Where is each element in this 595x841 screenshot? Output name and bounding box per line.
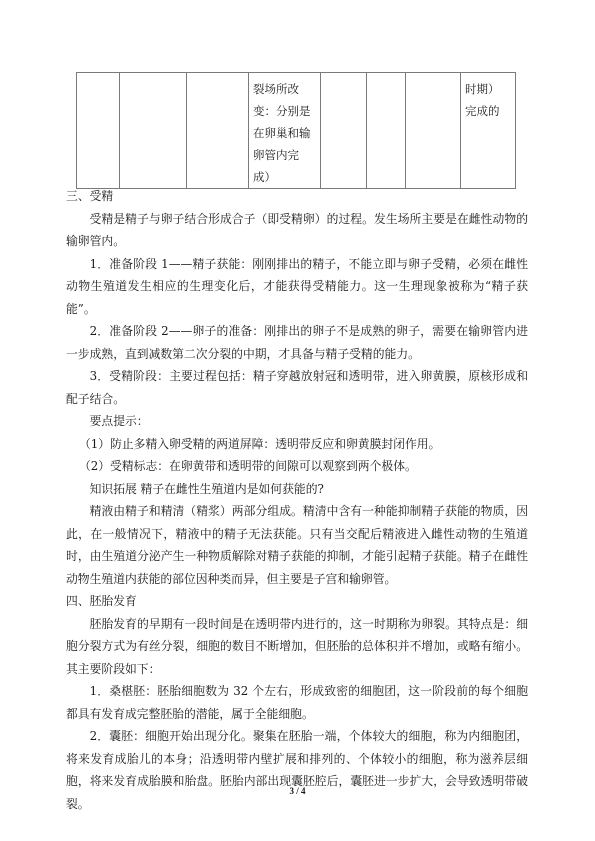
tip-item: （2）受精标志：在卵黄带和透明带的间隙可以观察到两个极体。 — [66, 455, 528, 478]
document-body: 三、受精 受精是精子与卵子结合形成合子（即受精卵）的过程。发生场所主要是在雌性动… — [66, 185, 528, 815]
paragraph: 2．准备阶段 2——卵子的准备：刚排出的卵子不是成熟的卵子，需要在输卵管内进一步… — [66, 320, 528, 365]
continued-table: 裂场所改 变：分别是 在卵巢和输 卵管内完 成） 时期） 完成的 — [76, 72, 516, 189]
paragraph: 1．准备阶段 1——精子获能：刚刚排出的精子，不能立即与卵子受精，必须在雌性动物… — [66, 253, 528, 321]
section-heading-fertilization: 三、受精 — [66, 185, 528, 208]
table-cell: 裂场所改 变：分别是 在卵巢和输 卵管内完 成） — [249, 73, 321, 189]
tips-title: 要点提示： — [66, 410, 528, 433]
paragraph: 1．桑椹胚：胚胎细胞数为 32 个左右，形成致密的细胞团，这一阶段前的每个细胞都… — [66, 680, 528, 725]
table-cell — [321, 73, 367, 189]
paragraph: 2．囊胚：细胞开始出现分化。聚集在胚胎一端，个体较大的细胞，称为内细胞团，将来发… — [66, 725, 528, 815]
table-cell — [120, 73, 187, 189]
tip-item: （1）防止多精入卵受精的两道屏障：透明带反应和卵黄膜封闭作用。 — [66, 433, 528, 456]
paragraph: 胚胎发育的早期有一段时间是在透明带内进行的，这一时期称为卵裂。其特点是：细胞分裂… — [66, 613, 528, 681]
table-cell: 时期） 完成的 — [461, 73, 516, 189]
paragraph: 受精是精子与卵子结合形成合子（即受精卵）的过程。发生场所主要是在雌性动物的输卵管… — [66, 208, 528, 253]
section-heading-embryo-development: 四、胚胎发育 — [66, 590, 528, 613]
table-cell — [367, 73, 406, 189]
table-row: 裂场所改 变：分别是 在卵巢和输 卵管内完 成） 时期） 完成的 — [77, 73, 516, 189]
cell-text-period: 时期） 完成的 — [465, 73, 511, 122]
table-cell — [187, 73, 249, 189]
document-page: 裂场所改 变：分别是 在卵巢和输 卵管内完 成） 时期） 完成的 三、受精 受精… — [0, 0, 595, 841]
table-cell — [77, 73, 120, 189]
paragraph: 3．受精阶段：主要过程包括：精子穿越放射冠和透明带，进入卵黄膜，原核形成和配子结… — [66, 365, 528, 410]
extension-title: 知识拓展 精子在雌性生殖道内是如何获能的? — [66, 478, 528, 501]
cell-text-meiosis-location: 裂场所改 变：分别是 在卵巢和输 卵管内完 成） — [253, 73, 316, 188]
table-cell — [406, 73, 461, 189]
page-number: 3 / 4 — [0, 786, 595, 796]
extension-paragraph: 精液由精子和精清（精浆）两部分组成。精清中含有一种能抑制精子获能的物质，因此，在… — [66, 500, 528, 590]
